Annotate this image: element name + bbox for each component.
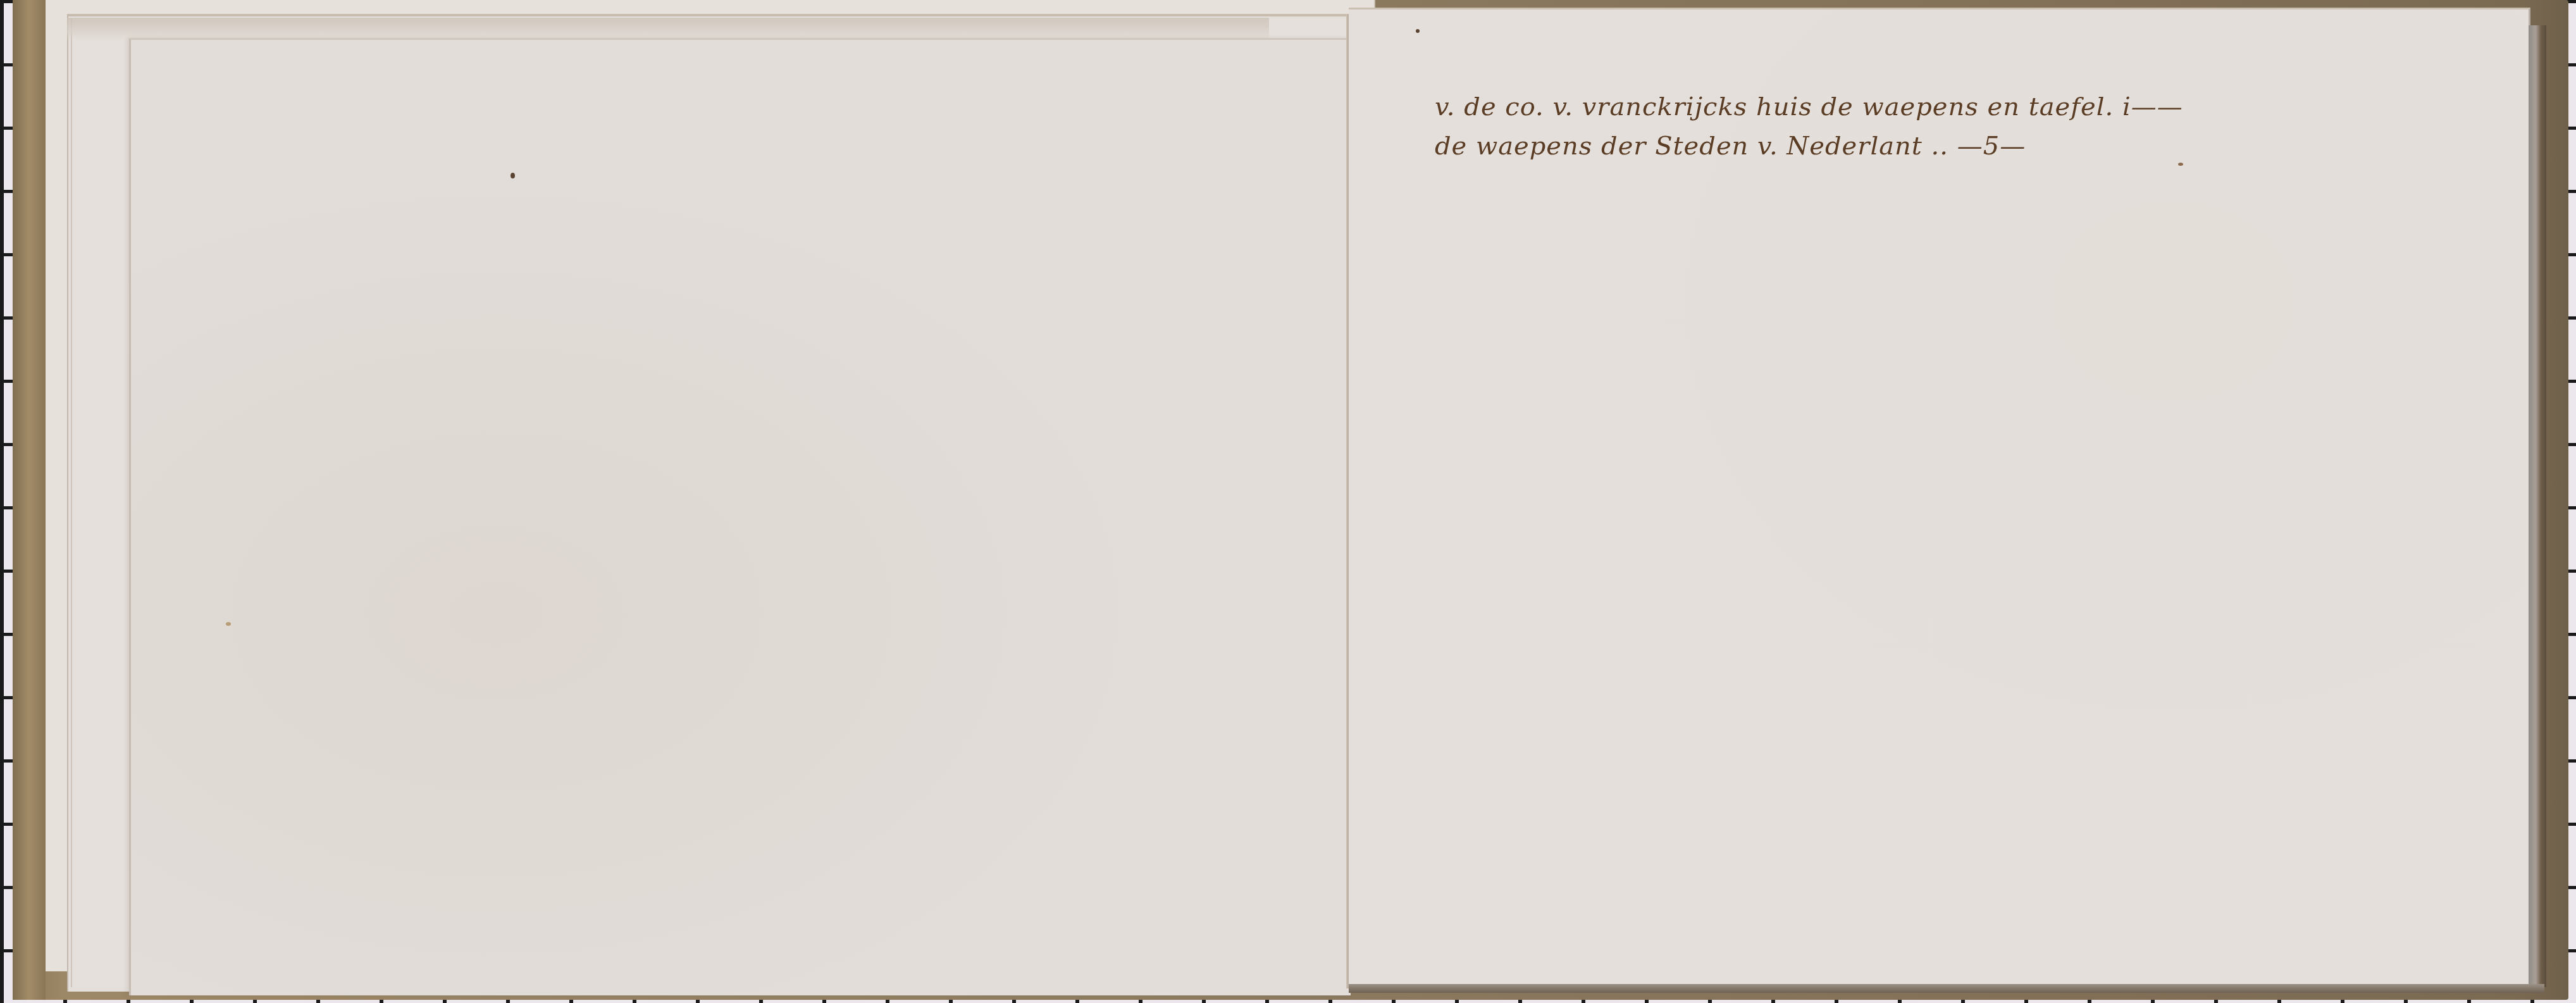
page-bottom-edge [1349,984,2544,993]
left-page-verso [129,38,1351,995]
ink-speck [511,173,515,178]
index-entry: v. de co. v. vranckrijcks huis de waepen… [1435,87,2194,127]
foxing-mark [226,622,231,626]
page-fore-edge [2529,25,2546,987]
handwritten-index: v. de co. v. vranckrijcks huis de waepen… [1435,87,2194,166]
index-entry: de waepens der Steden v. Nederlant .. —5… [1435,127,2194,166]
water-stain-band [67,18,1269,40]
cover-left-edge [13,0,46,1000]
ink-speck [1416,29,1420,33]
